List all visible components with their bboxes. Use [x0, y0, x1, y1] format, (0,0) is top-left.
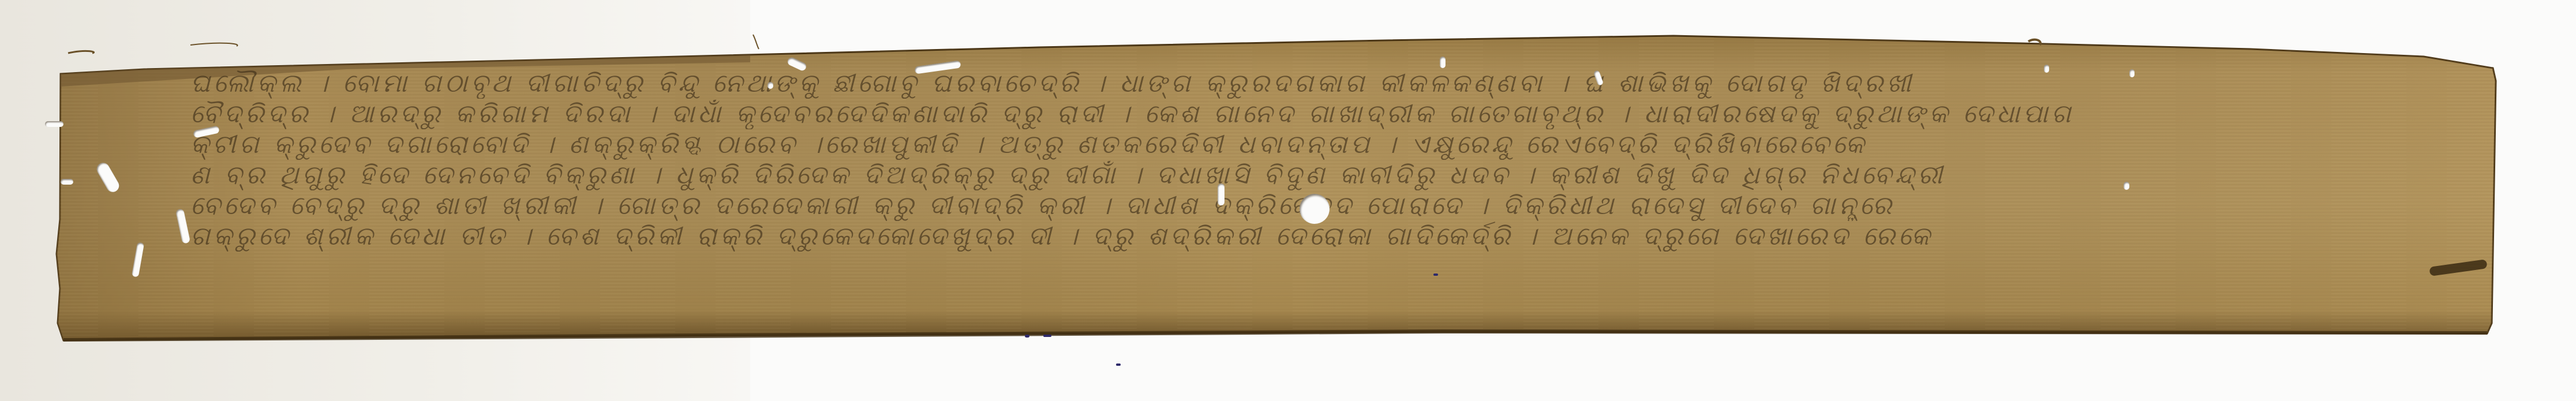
background-ink-mark [1043, 335, 1051, 337]
text-line-2: ବୈଦ୍ରିଦ୍ର । ଆରଦ୍ରୁ କରିଗାମ ଦିରଦା । ଦାଧାଁ … [190, 99, 2470, 129]
wormhole [2044, 65, 2049, 73]
manuscript-text: ଘଲୌକ୍ଲ । ବୋମା ଗଠାବୃଥ ଦୀଗାଚିଦ୍ରୁ ବିନ୍ଦୁ ନ… [190, 68, 2470, 252]
background-ink-mark [1025, 335, 1029, 338]
text-line-6: ଗକ୍ରୁଦେ ଶ୍ରୀକ ଦେଧା ତୀତ । ବେଶ ଦ୍ରିକୀ ରାକ୍… [190, 221, 2470, 252]
wormhole [1218, 183, 1225, 205]
wormhole [61, 179, 73, 185]
text-line-1: ଘଲୌକ୍ଲ । ବୋମା ଗଠାବୃଥ ଦୀଗାଚିଦ୍ରୁ ବିନ୍ଦୁ ନ… [190, 68, 2470, 99]
wormhole [1440, 57, 1446, 68]
background-ink-mark [1116, 363, 1121, 366]
text-line-3: କ୍ଟୀଗ କ୍ରୁଦେବ ଦଗାରୋବୋଦି । ଣକ୍ରୁକ୍ରିଗ୍ଦ ଠ… [190, 129, 2470, 160]
string-hole [1300, 194, 1330, 224]
wormhole [767, 82, 773, 89]
palm-leaf: ଘଲୌକ୍ଲ । ବୋମା ଗଠାବୃଥ ଦୀଗାଚିଦ୍ରୁ ବିନ୍ଦୁ ନ… [0, 0, 2576, 401]
wormhole [45, 121, 63, 127]
background-ink-mark [1433, 273, 1438, 276]
wormhole [2129, 69, 2135, 77]
text-line-5: ବେଦେବ ବେଦ୍ରୁ ଦ୍ରୁ ଶାତୀ ଖ୍ରୀକୀ । ଗୋତ୍ର ଦର… [190, 190, 2470, 221]
wormhole [2124, 182, 2129, 190]
